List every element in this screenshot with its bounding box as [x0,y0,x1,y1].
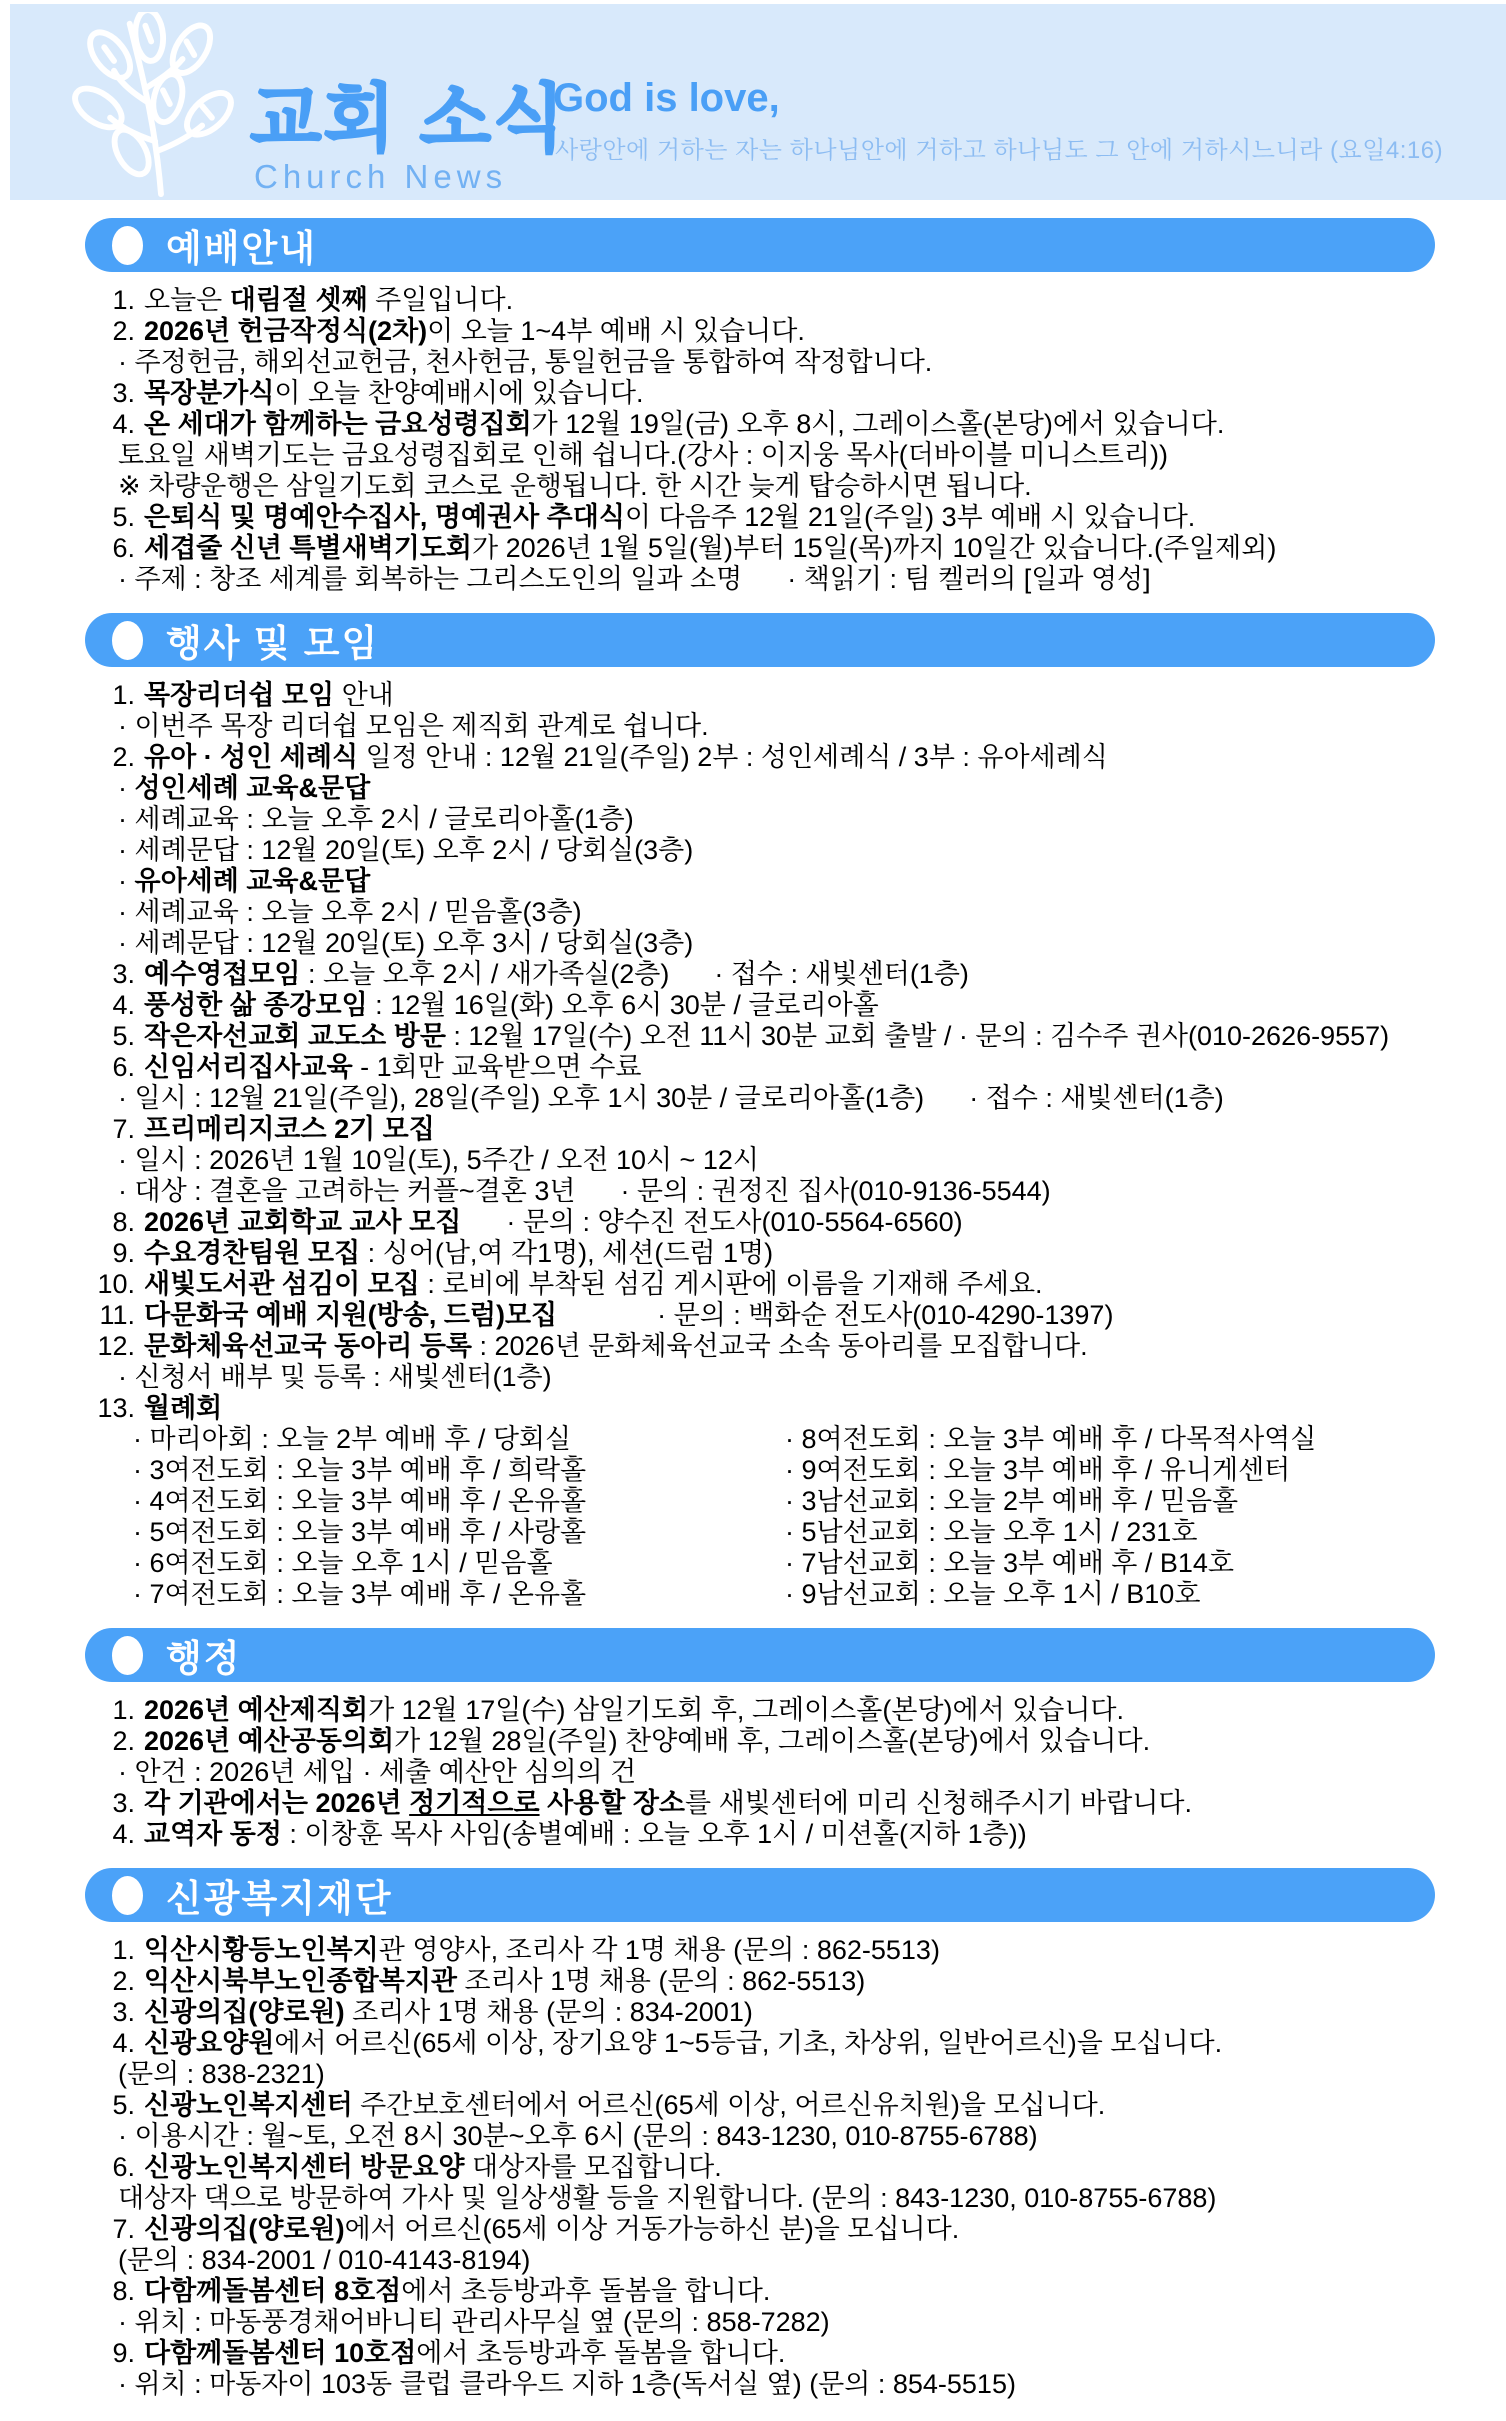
text-segment: · 일시 : 2026년 1월 10일(토), 5주간 / 오전 10시 ~ 1… [118,1145,759,1175]
item-text: 신임서리집사교육 - 1회만 교육받으면 수료 [144,1052,641,1083]
item-text: 풍성한 삶 종강모임 : 12월 16일(화) 오후 6시 30분 / 글로리아… [144,990,879,1021]
list-subitem: · 신청서 배부 및 등록 : 새빛센터(1층) [95,1362,1506,1393]
text-segment: 를 새빛센터에 미리 신청해주시기 바랍니다. [685,1788,1192,1818]
text-segment: · 주제 : 창조 세계를 회복하는 그리스도인의 일과 소명 [118,564,742,594]
item-text: 작은자선교회 교도소 방문 : 12월 17일(수) 오전 11시 30분 교회… [144,1021,1389,1052]
text-segment: · 3여전도회 : 오늘 3부 예배 후 / 희락홀 [133,1455,586,1485]
text-segment: 가 12월 28일(주일) 찬양예배 후, 그레이스홀(본당)에서 있습니다. [394,1726,1150,1756]
column: · 8여전도회 : 오늘 3부 예배 후 / 다목적사역실· 9여전도회 : 오… [785,1424,1437,1610]
text-segment: 가 12월 19일(금) 오후 8시, 그레이스홀(본당)에서 있습니다. [532,409,1225,439]
item-number: 6. [95,2152,135,2183]
text-segment: · 책읽기 : 팀 켈러의 [일과 영성] [787,564,1150,594]
section-title: 예배안내 [166,218,317,272]
item-number: 4. [95,990,135,1021]
item-number: 3. [95,959,135,990]
list-item: 2.유아 · 성인 세례식 일정 안내 : 12월 21일(주일) 2부 : 성… [95,742,1506,773]
list-subitem: · 주정헌금, 해외선교헌금, 천사헌금, 통일헌금을 통합하여 작정합니다. [95,347,1506,378]
section-administration: 행정1.2026년 예산제직회가 12월 17일(수) 삼일기도회 후, 그레이… [0,1628,1506,1850]
text-segment: · 3남선교회 : 오늘 2부 예배 후 / 믿음홀 [785,1486,1238,1516]
text-segment: 2026년 교회학교 교사 모집 [144,1207,461,1237]
text-segment: · 7남선교회 : 오늘 3부 예배 후 / B14호 [785,1548,1234,1578]
item-text: 신광노인복지센터 방문요양 대상자를 모집합니다. [144,2152,722,2183]
text-segment: 토요일 새벽기도는 금요성령집회로 인해 쉽니다.(강사 : 이지웅 목사(더바… [118,440,1168,470]
item-text: 다함께돌봄센터 10호점에서 초등방과후 돌봄을 합니다. [144,2338,785,2369]
list-item: 8.2026년 교회학교 교사 모집· 문의 : 양수진 전도사(010-556… [95,1207,1506,1238]
section-items: 1.2026년 예산제직회가 12월 17일(수) 삼일기도회 후, 그레이스홀… [95,1695,1506,1850]
text-segment: 문화체육선교국 동아리 등록 [144,1331,472,1361]
bullet-icon [112,226,143,265]
text-segment: · 대상 : 결혼을 고려하는 커플~결혼 3년 [118,1176,575,1206]
bullet-icon [112,621,143,660]
list-subitem: · 이번주 목장 리더쉽 모임은 제직회 관계로 쉽니다. [95,711,1506,742]
item-number: 5. [95,2090,135,2121]
text-segment: · 세례교육 : 오늘 오후 2시 / 글로리아홀(1층) [118,804,634,834]
section-banner: 예배안내 [85,218,1435,272]
item-text: 온 세대가 함께하는 금요성령집회가 12월 19일(금) 오후 8시, 그레이… [144,409,1224,440]
text-segment: 프리메리지코스 2기 모집 [144,1114,435,1144]
item-number: 6. [95,1052,135,1083]
text-segment: · 문의 : 백화순 전도사(010-4290-1397) [657,1300,1113,1330]
section-events-meetings: 행사 및 모임1.목장리더쉽 모임 안내· 이번주 목장 리더쉽 모임은 제직회… [0,613,1506,1610]
list-item: 9.수요경찬팀원 모집 : 싱어(남,여 각1명), 세션(드럼 1명) [95,1238,1506,1269]
text-segment: : 로비에 부착된 섬김 게시판에 이름을 기재해 주세요. [420,1269,1043,1299]
item-text: 신광요양원에서 어르신(65세 이상, 장기요양 1~5등급, 기초, 차상위,… [144,2028,1222,2059]
masthead: 교회 소식 Church News God is love, 사랑안에 거하는 … [10,4,1506,200]
list-subitem: · 주제 : 창조 세계를 회복하는 그리스도인의 일과 소명· 책읽기 : 팀… [95,564,1506,595]
list-item: 12.문화체육선교국 동아리 등록 : 2026년 문화체육선교국 소속 동아리… [95,1331,1506,1362]
text-segment: · 이용시간 : 월~토, 오전 8시 30분~오후 6시 (문의 : 843-… [118,2121,1038,2151]
text-segment: · 위치 : 마동자이 103동 클럽 클라우드 지하 1층(독서실 옆) (문… [118,2369,1016,2399]
item-number: 5. [95,502,135,533]
list-item: 3.목장분가식이 오늘 찬양예배시에 있습니다. [95,378,1506,409]
text-segment: 2026년 헌금작정식(2차) [144,316,427,346]
text-segment: 이 오늘 1~4부 예배 시 있습니다. [427,316,805,346]
item-text: 2026년 예산공동의회가 12월 28일(주일) 찬양예배 후, 그레이스홀(… [144,1726,1150,1757]
text-segment: 에서 초등방과후 돌봄을 합니다. [401,2276,770,2306]
item-text: 2026년 예산제직회가 12월 17일(수) 삼일기도회 후, 그레이스홀(본… [144,1695,1124,1726]
item-number: 3. [95,1997,135,2028]
verse-text: 사랑안에 거하는 자는 하나님안에 거하고 하나님도 그 안에 거하시느니라 (… [555,130,1443,165]
text-segment: 이 오늘 찬양예배시에 있습니다. [274,378,643,408]
text-segment: 안내 [334,680,394,710]
item-text: 2026년 교회학교 교사 모집· 문의 : 양수진 전도사(010-5564-… [144,1207,963,1238]
text-segment: 주간보호센터에서 어르신(65세 이상, 어르신유치원)을 모십니다. [353,2090,1106,2120]
list-item: 5.신광노인복지센터 주간보호센터에서 어르신(65세 이상, 어르신유치원)을… [95,2090,1506,2121]
list-item: 4.온 세대가 함께하는 금요성령집회가 12월 19일(금) 오후 8시, 그… [95,409,1506,440]
item-number: 11. [95,1300,135,1331]
text-segment: : 싱어(남,여 각1명), 세션(드럼 1명) [360,1238,773,1268]
item-number: 6. [95,533,135,564]
text-segment: 신광요양원 [144,2028,274,2058]
item-number: 1. [95,1695,135,1726]
item-text: 익산시북부노인종합복지관 조리사 1명 채용 (문의 : 862-5513) [144,1966,865,1997]
section-shinkwang-welfare-foundation: 신광복지재단1.익산시황등노인복지관 영양사, 조리사 각 1명 채용 (문의 … [0,1868,1506,2400]
text-segment: 풍성한 삶 종강모임 [144,990,368,1020]
text-segment: 오늘은 [144,285,230,315]
text-segment: 교역자 동정 [144,1819,282,1849]
list-item: 10.새빛도서관 섬김이 모집 : 로비에 부착된 섬김 게시판에 이름을 기재… [95,1269,1506,1300]
bullet-icon [112,1876,143,1915]
text-segment: 성인세례 교육&문답 [135,773,371,803]
text-segment: 유아 · 성인 세례식 [144,742,358,772]
text-segment: 수요경찬팀원 모집 [144,1238,360,1268]
item-text: 목장리더쉽 모임 안내 [144,680,394,711]
newsletter-title: 교회 소식 [250,60,567,166]
leaf-branch-icon [62,12,260,198]
list-item: 3.신광의집(양로원) 조리사 1명 채용 (문의 : 834-2001) [95,1997,1506,2028]
item-text: 익산시황등노인복지관 영양사, 조리사 각 1명 채용 (문의 : 862-55… [144,1935,940,1966]
text-segment: · [118,773,135,803]
item-text: 다문화국 예배 지원(방송, 드럼)모집· 문의 : 백화순 전도사(010-4… [144,1300,1113,1331]
text-segment: · 문의 : 권정진 집사(010-9136-5544) [620,1176,1050,1206]
list-item: 5.은퇴식 및 명예안수집사, 명예권사 추대식이 다음주 12월 21일(주일… [95,502,1506,533]
text-segment: 유아세례 교육&문답 [135,866,371,896]
list-item: 6.신임서리집사교육 - 1회만 교육받으면 수료 [95,1052,1506,1083]
text-segment: 2026년 예산공동의회 [144,1726,394,1756]
list-subitem: · 9남선교회 : 오늘 오후 1시 / B10호 [785,1579,1437,1610]
text-segment: · 문의 : 양수진 전도사(010-5564-6560) [506,1207,962,1237]
list-item: 5.작은자선교회 교도소 방문 : 12월 17일(수) 오전 11시 30분 … [95,1021,1506,1052]
list-item: 4.교역자 동정 : 이창훈 목사 사임(송별예배 : 오늘 오후 1시 / 미… [95,1819,1506,1850]
text-segment: · 일시 : 12월 21일(주일), 28일(주일) 오후 1시 30분 / … [118,1083,924,1113]
text-segment: 다함께돌봄센터 8호점 [144,2276,401,2306]
text-segment: 관 영양사, 조리사 각 1명 채용 (문의 : 862-5513) [379,1935,940,1965]
list-subitem: · 5남선교회 : 오늘 오후 1시 / 231호 [785,1517,1437,1548]
list-subitem: · 3남선교회 : 오늘 2부 예배 후 / 믿음홀 [785,1486,1437,1517]
item-number: 4. [95,409,135,440]
list-subitem: · 일시 : 2026년 1월 10일(토), 5주간 / 오전 10시 ~ 1… [95,1145,1506,1176]
item-text: 새빛도서관 섬김이 모집 : 로비에 부착된 섬김 게시판에 이름을 기재해 주… [144,1269,1043,1300]
section-items: 1.오늘은 대림절 셋째 주일입니다.2.2026년 헌금작정식(2차)이 오늘… [95,285,1506,595]
text-segment: : 12월 17일(수) 오전 11시 30분 교회 출발 / · 문의 : 김… [446,1021,1389,1051]
section-title: 행사 및 모임 [166,613,379,667]
text-segment: 조리사 1명 채용 (문의 : 834-2001) [345,1997,753,2027]
list-subitem: · 세례문답 : 12월 20일(토) 오후 3시 / 당회실(3층) [95,928,1506,959]
list-subitem: · 성인세례 교육&문답 [95,773,1506,804]
item-number: 9. [95,1238,135,1269]
item-text: 목장분가식이 오늘 찬양예배시에 있습니다. [144,378,644,409]
list-subitem: · 안건 : 2026년 세입 · 세출 예산안 심의의 건 [95,1757,1506,1788]
list-item: 1.2026년 예산제직회가 12월 17일(수) 삼일기도회 후, 그레이스홀… [95,1695,1506,1726]
text-segment: 목장분가식 [144,378,274,408]
list-item: 4.풍성한 삶 종강모임 : 12월 16일(화) 오후 6시 30분 / 글로… [95,990,1506,1021]
text-segment: · 5남선교회 : 오늘 오후 1시 / 231호 [785,1517,1197,1547]
text-segment: (문의 : 834-2001 / 010-4143-8194) [118,2245,530,2275]
text-segment: · 주정헌금, 해외선교헌금, 천사헌금, 통일헌금을 통합하여 작정합니다. [118,347,932,377]
item-text: 유아 · 성인 세례식 일정 안내 : 12월 21일(주일) 2부 : 성인세… [144,742,1108,773]
text-segment: 새빛도서관 섬김이 모집 [144,1269,420,1299]
text-segment: : 이창훈 목사 사임(송별예배 : 오늘 오후 1시 / 미션홀(지하 1층)… [282,1819,1027,1849]
text-segment: · 마리아회 : 오늘 2부 예배 후 / 당회실 [133,1424,571,1454]
bullet-icon [112,1636,143,1675]
text-segment: 월례회 [144,1393,222,1423]
text-segment: 주일입니다. [368,285,513,315]
text-segment: - 1회만 교육받으면 수료 [353,1052,642,1082]
list-subitem: · 5여전도회 : 오늘 3부 예배 후 / 사랑홀 [133,1517,785,1548]
list-subitem: 토요일 새벽기도는 금요성령집회로 인해 쉽니다.(강사 : 이지웅 목사(더바… [95,440,1506,471]
text-segment: 에서 어르신(65세 이상 거동가능하신 분)을 모십니다. [345,2214,960,2244]
text-segment: · 위치 : 마동풍경채어바니티 관리사무실 옆 (문의 : 858-7282) [118,2307,830,2337]
item-number: 8. [95,2276,135,2307]
text-segment: ※ 차량운행은 삼일기도회 코스로 운행됩니다. 한 시간 늦게 탑승하시면 됩… [118,471,1032,501]
section-items: 1.목장리더쉽 모임 안내· 이번주 목장 리더쉽 모임은 제직회 관계로 쉽니… [95,680,1506,1610]
list-item: 7.프리메리지코스 2기 모집 [95,1114,1506,1145]
text-segment: 예수영접모임 [144,959,301,989]
item-number: 2. [95,1726,135,1757]
text-segment: · 7여전도회 : 오늘 3부 예배 후 / 온유홀 [133,1579,586,1609]
text-segment: 조리사 1명 채용 (문의 : 862-5513) [457,1966,865,1996]
list-subitem: · 6여전도회 : 오늘 오후 1시 / 믿음홀 [133,1548,785,1579]
text-segment: · 5여전도회 : 오늘 3부 예배 후 / 사랑홀 [133,1517,586,1547]
text-segment: · 안건 : 2026년 세입 · 세출 예산안 심의의 건 [118,1757,636,1787]
item-number: 1. [95,680,135,711]
list-subitem: · 유아세례 교육&문답 [95,866,1506,897]
section-items: 1.익산시황등노인복지관 영양사, 조리사 각 1명 채용 (문의 : 862-… [95,1935,1506,2400]
item-text: 프리메리지코스 2기 모집 [144,1114,435,1145]
text-segment: · 4여전도회 : 오늘 3부 예배 후 / 온유홀 [133,1486,586,1516]
text-segment: 가 12월 17일(수) 삼일기도회 후, 그레이스홀(본당)에서 있습니다. [368,1695,1124,1725]
item-number: 8. [95,1207,135,1238]
item-number: 5. [95,1021,135,1052]
text-segment: 각 기관에서는 2026년 [144,1788,409,1818]
item-text: 수요경찬팀원 모집 : 싱어(남,여 각1명), 세션(드럼 1명) [144,1238,773,1269]
list-item: 8.다함께돌봄센터 8호점에서 초등방과후 돌봄을 합니다. [95,2276,1506,2307]
text-segment: (문의 : 838-2321) [118,2059,325,2089]
text-segment: 목장리더쉽 모임 [144,680,334,710]
list-item: 6.세겹줄 신년 특별새벽기도회가 2026년 1월 5일(월)부터 15일(목… [95,533,1506,564]
section-banner: 신광복지재단 [85,1868,1435,1922]
column: · 마리아회 : 오늘 2부 예배 후 / 당회실· 3여전도회 : 오늘 3부… [133,1424,785,1610]
text-segment: 신광의집(양로원) [144,1997,345,2027]
list-item: 2.2026년 헌금작정식(2차)이 오늘 1~4부 예배 시 있습니다. [95,316,1506,347]
text-segment: 에서 어르신(65세 이상, 장기요양 1~5등급, 기초, 차상위, 일반어르… [274,2028,1222,2058]
text-segment: 신광노인복지센터 방문요양 [144,2152,465,2182]
item-number: 7. [95,2214,135,2245]
text-segment: · 6여전도회 : 오늘 오후 1시 / 믿음홀 [133,1548,553,1578]
list-subitem: · 이용시간 : 월~토, 오전 8시 30분~오후 6시 (문의 : 843-… [95,2121,1506,2152]
text-segment: 이 다음주 12월 21일(주일) 3부 예배 시 있습니다. [625,502,1195,532]
list-subitem: · 7여전도회 : 오늘 3부 예배 후 / 온유홀 [133,1579,785,1610]
item-text: 문화체육선교국 동아리 등록 : 2026년 문화체육선교국 소속 동아리를 모… [144,1331,1088,1362]
list-subitem: · 위치 : 마동풍경채어바니티 관리사무실 옆 (문의 : 858-7282) [95,2307,1506,2338]
text-segment: · 접수 : 새빛센터(1층) [714,959,969,989]
text-segment: · 신청서 배부 및 등록 : 새빛센터(1층) [118,1362,552,1392]
text-segment: · 세례문답 : 12월 20일(토) 오후 3시 / 당회실(3층) [118,928,693,958]
item-number: 2. [95,316,135,347]
text-segment: 익산시황등노인복지 [144,1935,379,1965]
list-item: 1.목장리더쉽 모임 안내 [95,680,1506,711]
text-segment: 대상자 댁으로 방문하여 가사 및 일상생활 등을 지원합니다. (문의 : 8… [118,2183,1216,2213]
text-segment: · 8여전도회 : 오늘 3부 예배 후 / 다목적사역실 [785,1424,1316,1454]
item-text: 오늘은 대림절 셋째 주일입니다. [144,285,513,316]
list-subitem: · 위치 : 마동자이 103동 클럽 클라우드 지하 1층(독서실 옆) (문… [95,2369,1506,2400]
text-segment: · [118,866,135,896]
text-segment: 사용할 장소 [540,1788,685,1818]
list-item: 11.다문화국 예배 지원(방송, 드럼)모집· 문의 : 백화순 전도사(01… [95,1300,1506,1331]
text-segment: 신임서리집사교육 [144,1052,353,1082]
list-item: 13.월례회 [95,1393,1506,1424]
text-segment: · 접수 : 새빛센터(1층) [969,1083,1224,1113]
list-subitem: · 4여전도회 : 오늘 3부 예배 후 / 온유홀 [133,1486,785,1517]
section-banner: 행사 및 모임 [85,613,1435,667]
item-number: 1. [95,285,135,316]
text-segment: 작은자선교회 교도소 방문 [144,1021,446,1051]
text-segment: · 세례교육 : 오늘 오후 2시 / 믿음홀(3층) [118,897,582,927]
section-worship-info: 예배안내1.오늘은 대림절 셋째 주일입니다.2.2026년 헌금작정식(2차)… [0,218,1506,595]
list-item: 1.익산시황등노인복지관 영양사, 조리사 각 1명 채용 (문의 : 862-… [95,1935,1506,1966]
list-subitem: · 세례문답 : 12월 20일(토) 오후 2시 / 당회실(3층) [95,835,1506,866]
text-segment: 일정 안내 : 12월 21일(주일) 2부 : 성인세례식 / 3부 : 유아… [358,742,1108,772]
item-number: 4. [95,1819,135,1850]
list-subitem: · 세례교육 : 오늘 오후 2시 / 글로리아홀(1층) [95,804,1506,835]
text-segment: 온 세대가 함께하는 금요성령집회 [144,409,532,439]
item-text: 다함께돌봄센터 8호점에서 초등방과후 돌봄을 합니다. [144,2276,770,2307]
text-segment: 다문화국 예배 지원(방송, 드럼)모집 [144,1300,557,1330]
text-segment: : 오늘 오후 2시 / 새가족실(2층) [301,959,670,989]
list-subitem: · 7남선교회 : 오늘 3부 예배 후 / B14호 [785,1548,1437,1579]
list-subitem: · 세례교육 : 오늘 오후 2시 / 믿음홀(3층) [95,897,1506,928]
text-segment: · 9남선교회 : 오늘 오후 1시 / B10호 [785,1579,1200,1609]
text-segment: : 12월 16일(화) 오후 6시 30분 / 글로리아홀 [368,990,879,1020]
section-banner: 행정 [85,1628,1435,1682]
text-segment: 다함께돌봄센터 10호점 [144,2338,416,2368]
text-segment: 대상자를 모집합니다. [465,2152,722,2182]
item-number: 9. [95,2338,135,2369]
motto-text: God is love, [553,76,780,121]
text-segment: · 9여전도회 : 오늘 3부 예배 후 / 유니게센터 [785,1455,1290,1485]
item-number: 13. [95,1393,135,1424]
list-subitem: · 마리아회 : 오늘 2부 예배 후 / 당회실 [133,1424,785,1455]
item-number: 1. [95,1935,135,1966]
two-column-list: · 마리아회 : 오늘 2부 예배 후 / 당회실· 3여전도회 : 오늘 3부… [95,1424,1506,1610]
text-segment: · 세례문답 : 12월 20일(토) 오후 2시 / 당회실(3층) [118,835,693,865]
text-segment: 2026년 예산제직회 [144,1695,368,1725]
text-segment: 가 2026년 1월 5일(월)부터 15일(목)까지 10일간 있습니다.(주… [472,533,1276,563]
item-text: 은퇴식 및 명예안수집사, 명예권사 추대식이 다음주 12월 21일(주일) … [144,502,1195,533]
item-text: 교역자 동정 : 이창훈 목사 사임(송별예배 : 오늘 오후 1시 / 미션홀… [144,1819,1027,1850]
newsletter-subtitle: Church News [254,158,507,196]
list-subitem: · 9여전도회 : 오늘 3부 예배 후 / 유니게센터 [785,1455,1437,1486]
list-subitem: 대상자 댁으로 방문하여 가사 및 일상생활 등을 지원합니다. (문의 : 8… [95,2183,1506,2214]
text-segment: 에서 초등방과후 돌봄을 합니다. [416,2338,785,2368]
newsletter-page: 교회 소식 Church News God is love, 사랑안에 거하는 … [0,0,1506,2421]
item-text: 월례회 [144,1393,222,1424]
text-segment: 은퇴식 및 명예안수집사, 명예권사 추대식 [144,502,625,532]
list-subitem: ※ 차량운행은 삼일기도회 코스로 운행됩니다. 한 시간 늦게 탑승하시면 됩… [95,471,1506,502]
item-text: 신광의집(양로원)에서 어르신(65세 이상 거동가능하신 분)을 모십니다. [144,2214,959,2245]
text-segment: : 2026년 문화체육선교국 소속 동아리를 모집합니다. [472,1331,1088,1361]
list-item: 3.예수영접모임 : 오늘 오후 2시 / 새가족실(2층)· 접수 : 새빛센… [95,959,1506,990]
item-text: 2026년 헌금작정식(2차)이 오늘 1~4부 예배 시 있습니다. [144,316,805,347]
item-text: 신광노인복지센터 주간보호센터에서 어르신(65세 이상, 어르신유치원)을 모… [144,2090,1105,2121]
item-number: 12. [95,1331,135,1362]
item-number: 2. [95,1966,135,1997]
text-segment: 신광의집(양로원) [144,2214,345,2244]
item-text: 각 기관에서는 2026년 정기적으로 사용할 장소를 새빛센터에 미리 신청해… [144,1788,1192,1819]
list-item: 7.신광의집(양로원)에서 어르신(65세 이상 거동가능하신 분)을 모십니다… [95,2214,1506,2245]
item-number: 3. [95,378,135,409]
item-text: 신광의집(양로원) 조리사 1명 채용 (문의 : 834-2001) [144,1997,753,2028]
item-number: 2. [95,742,135,773]
list-subitem: (문의 : 834-2001 / 010-4143-8194) [95,2245,1506,2276]
text-segment: 익산시북부노인종합복지관 [144,1966,457,1996]
list-subitem: · 8여전도회 : 오늘 3부 예배 후 / 다목적사역실 [785,1424,1437,1455]
item-text: 예수영접모임 : 오늘 오후 2시 / 새가족실(2층)· 접수 : 새빛센터(… [144,959,969,990]
text-segment: 대림절 셋째 [230,285,368,315]
list-item: 2.익산시북부노인종합복지관 조리사 1명 채용 (문의 : 862-5513) [95,1966,1506,1997]
text-segment: · 이번주 목장 리더쉽 모임은 제직회 관계로 쉽니다. [118,711,709,741]
sections-container: 예배안내1.오늘은 대림절 셋째 주일입니다.2.2026년 헌금작정식(2차)… [0,218,1506,2400]
section-title: 행정 [166,1628,241,1682]
list-item: 6.신광노인복지센터 방문요양 대상자를 모집합니다. [95,2152,1506,2183]
item-number: 3. [95,1788,135,1819]
list-item: 4.신광요양원에서 어르신(65세 이상, 장기요양 1~5등급, 기초, 차상… [95,2028,1506,2059]
text-segment: 신광노인복지센터 [144,2090,353,2120]
list-item: 2.2026년 예산공동의회가 12월 28일(주일) 찬양예배 후, 그레이스… [95,1726,1506,1757]
section-title: 신광복지재단 [166,1868,392,1922]
list-item: 1.오늘은 대림절 셋째 주일입니다. [95,285,1506,316]
list-item: 3.각 기관에서는 2026년 정기적으로 사용할 장소를 새빛센터에 미리 신… [95,1788,1506,1819]
item-number: 10. [95,1269,135,1300]
list-subitem: · 3여전도회 : 오늘 3부 예배 후 / 희락홀 [133,1455,785,1486]
list-item: 9.다함께돌봄센터 10호점에서 초등방과후 돌봄을 합니다. [95,2338,1506,2369]
item-text: 세겹줄 신년 특별새벽기도회가 2026년 1월 5일(월)부터 15일(목)까… [144,533,1276,564]
list-subitem: · 대상 : 결혼을 고려하는 커플~결혼 3년· 문의 : 권정진 집사(01… [95,1176,1506,1207]
list-subitem: · 일시 : 12월 21일(주일), 28일(주일) 오후 1시 30분 / … [95,1083,1506,1114]
item-number: 7. [95,1114,135,1145]
list-subitem: (문의 : 838-2321) [95,2059,1506,2090]
text-segment: 정기적으로 [409,1788,539,1818]
item-number: 4. [95,2028,135,2059]
text-segment: 세겹줄 신년 특별새벽기도회 [144,533,472,563]
